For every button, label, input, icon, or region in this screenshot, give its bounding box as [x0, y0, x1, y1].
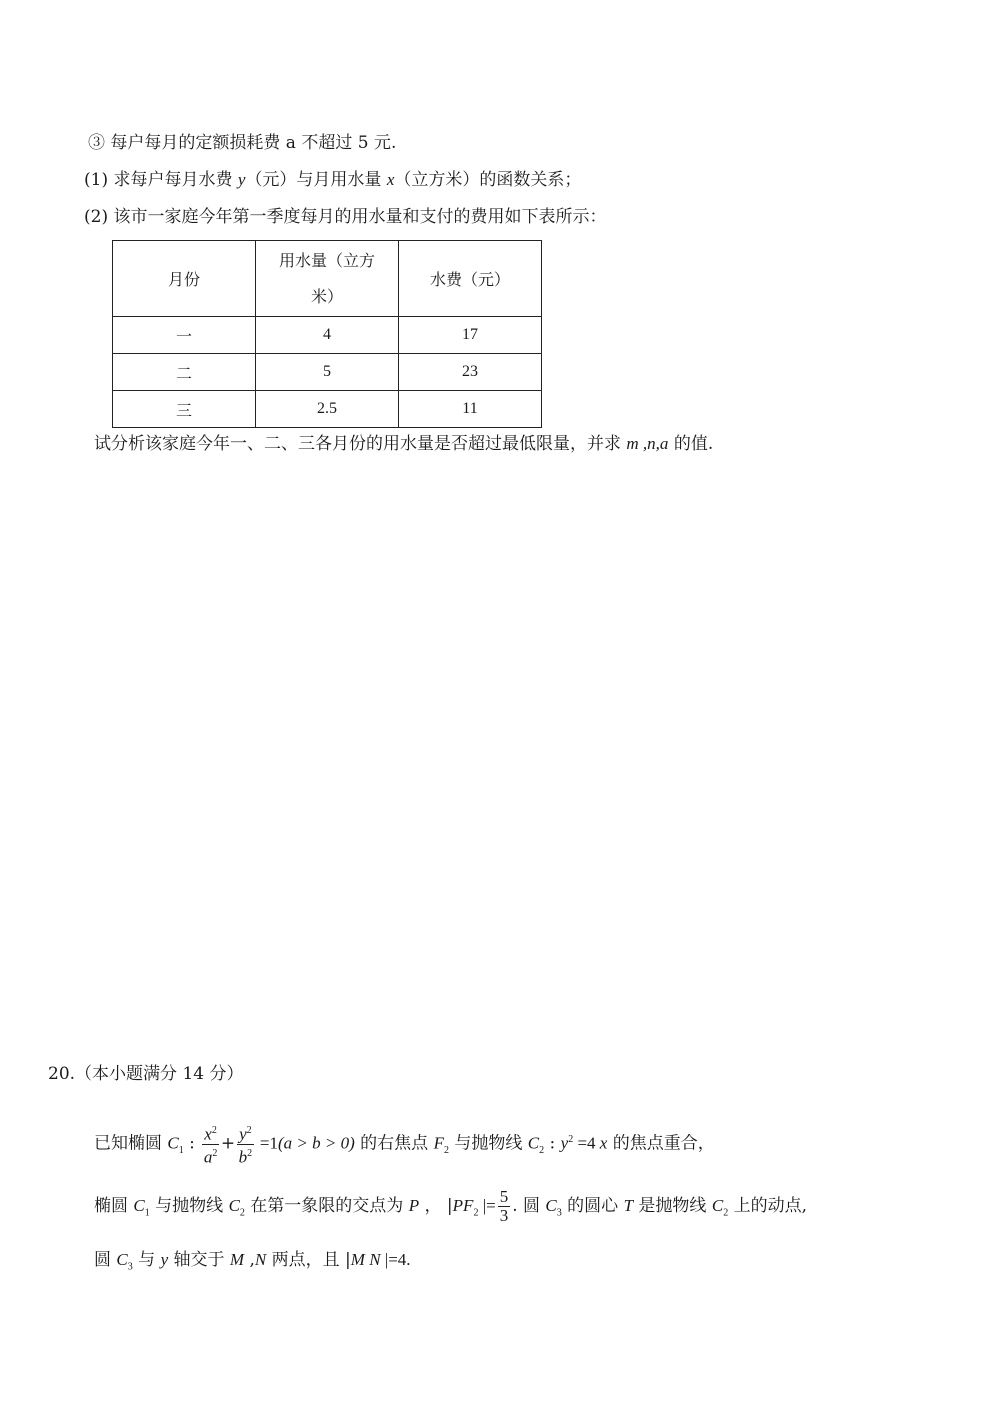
var-c: C — [167, 1134, 178, 1153]
cell-month: 三 — [113, 391, 256, 428]
var-t: T — [624, 1196, 633, 1215]
q1-text: （元）与月用水量 — [245, 170, 386, 190]
var-c: C — [229, 1196, 240, 1215]
header-usage: 用水量（立方米） — [256, 241, 399, 317]
cell-usage: 4 — [256, 317, 399, 354]
table-row: 三 2.5 11 — [113, 391, 542, 428]
var-pf: PF — [453, 1196, 474, 1215]
problem-20-line-1: 已知椭圆 C1 : x2a2+y2b2 =1(a > b > 0) 的右焦点 F… — [94, 1118, 715, 1173]
var-m: M — [230, 1250, 244, 1269]
text: : — [184, 1134, 195, 1154]
cell-fee: 17 — [399, 317, 542, 354]
cell-usage: 2.5 — [256, 391, 399, 428]
var-y: y — [161, 1250, 169, 1269]
text: 的焦点重合， — [607, 1134, 714, 1154]
text: |= — [478, 1196, 495, 1215]
analysis-text: 的值. — [668, 434, 713, 454]
q1-text: （立方米）的函数关系； — [394, 170, 581, 190]
table-row: 二 5 23 — [113, 354, 542, 391]
text: 与抛物线 — [150, 1196, 229, 1216]
cell-fee: 11 — [399, 391, 542, 428]
var-c: C — [545, 1196, 556, 1215]
var-p: P — [409, 1196, 419, 1215]
condition: (a > b > 0) — [278, 1134, 355, 1153]
text: 在第一象限的交点为 — [245, 1196, 409, 1216]
var-c: C — [712, 1196, 723, 1215]
text: . 圆 — [512, 1196, 545, 1216]
text: 轴交于 — [168, 1250, 230, 1270]
water-usage-table: 月份 用水量（立方米） 水费（元） 一 4 17 二 5 23 三 2.5 11 — [112, 240, 542, 428]
cell-month: 二 — [113, 354, 256, 391]
var-mn: M N — [351, 1250, 381, 1269]
var-f: F — [434, 1134, 444, 1153]
var-c: C — [133, 1196, 144, 1215]
question-1: (1) 求每户每月水费 y（元）与月用水量 x（立方米）的函数关系； — [84, 168, 581, 192]
fraction-5-3: 53 — [498, 1188, 511, 1225]
analysis-question: 试分析该家庭今年一、二、三各月份的用水量是否超过最低限量，并求 m ,n,a 的… — [94, 432, 713, 456]
q1-text: (1) 求每户每月水费 — [84, 170, 238, 190]
cell-usage: 5 — [256, 354, 399, 391]
vars-mna: m ,n,a — [626, 434, 668, 453]
var-c: C — [116, 1250, 127, 1269]
text: 已知椭圆 — [94, 1134, 167, 1154]
text: 与 — [133, 1250, 161, 1270]
equals: =4 — [573, 1134, 600, 1153]
text: 的右焦点 — [355, 1134, 434, 1154]
problem-20-line-3: 圆 C3 与 y 轴交于 M ,N 两点，且 |M N |=4. — [94, 1248, 411, 1279]
problem-20-header: 20.（本小题满分 14 分） — [48, 1062, 243, 1086]
table-row: 一 4 17 — [113, 317, 542, 354]
cell-month: 一 — [113, 317, 256, 354]
var-n: N — [255, 1250, 266, 1269]
text: 是抛物线 — [633, 1196, 712, 1216]
text: 椭圆 — [94, 1196, 133, 1216]
text: 与抛物线 — [449, 1134, 528, 1154]
question-2: (2) 该市一家庭今年第一季度每月的用水量和支付的费用如下表所示： — [84, 205, 606, 229]
text: ， | — [419, 1196, 453, 1216]
text: 圆 — [94, 1250, 116, 1270]
analysis-text: 试分析该家庭今年一、二、三各月份的用水量是否超过最低限量，并求 — [94, 434, 626, 454]
cell-fee: 23 — [399, 354, 542, 391]
text: 上的动点, — [728, 1196, 807, 1216]
problem-20-line-2: 椭圆 C1 与抛物线 C2 在第一象限的交点为 P ， |PF2 |=53. 圆… — [94, 1184, 807, 1235]
header-month: 月份 — [113, 241, 256, 317]
condition-3: ③ 每户每月的定额损耗费 a 不超过 5 元. — [88, 131, 396, 155]
text: : — [544, 1134, 561, 1154]
text: 的圆心 — [562, 1196, 624, 1216]
fraction-y2-b2: y2b2 — [237, 1122, 254, 1166]
equals: =1 — [256, 1134, 278, 1153]
text: 两点，且 | — [266, 1250, 351, 1270]
var-c: C — [528, 1134, 539, 1153]
text: |=4. — [381, 1250, 411, 1269]
fraction-x2-a2: x2a2 — [202, 1122, 219, 1166]
header-fee: 水费（元） — [399, 241, 542, 317]
